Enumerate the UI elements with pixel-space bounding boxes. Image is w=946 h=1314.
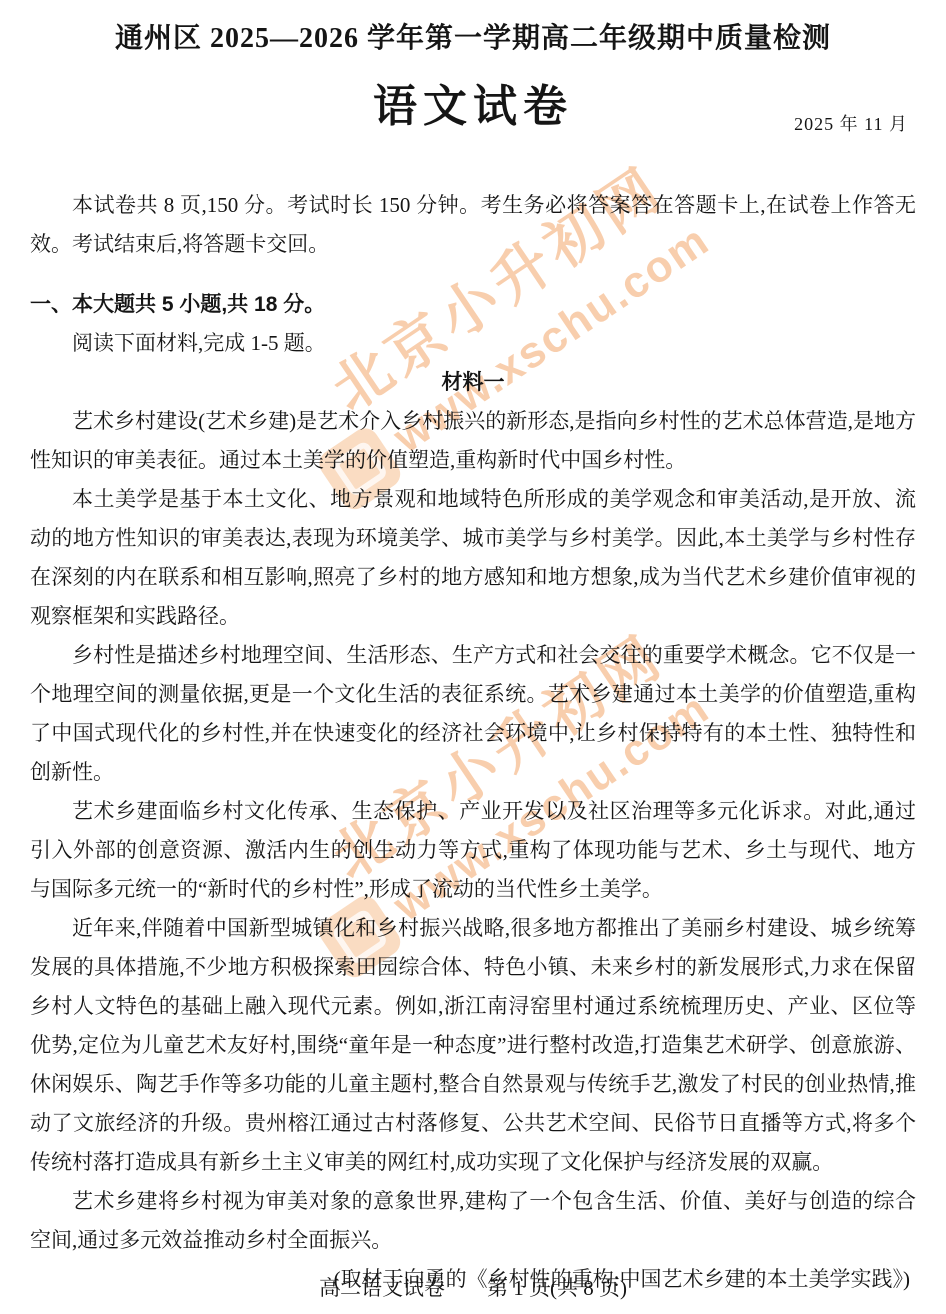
footer-paper-name: 高二语文试卷	[319, 1276, 445, 1300]
paper-date: 2025 年 11 月	[794, 110, 908, 136]
footer-page-indicator: 第 1 页(共 8 页)	[487, 1276, 627, 1300]
paper-title: 语文试卷	[30, 76, 916, 138]
exam-title: 通州区 2025—2026 学年第一学期高二年级期中质量检测	[30, 16, 916, 56]
material-one-title: 材料一	[30, 363, 916, 402]
exam-paper-page: 北京小升初网 www.xschu.com 北京小升初网 www.xschu.co…	[0, 0, 946, 1314]
material-paragraph-1: 艺术乡村建设(艺术乡建)是艺术介入乡村振兴的新形态,是指向乡村性的艺术总体营造,…	[30, 402, 916, 480]
read-prompt: 阅读下面材料,完成 1-5 题。	[30, 324, 916, 363]
paper-title-row: 语文试卷 2025 年 11 月	[30, 76, 916, 138]
material-paragraph-6: 艺术乡建将乡村视为审美对象的意象世界,建构了一个包含生活、价值、美好与创造的综合…	[30, 1182, 916, 1260]
page-footer: 高二语文试卷第 1 页(共 8 页)	[0, 1272, 946, 1302]
material-paragraph-4: 艺术乡建面临乡村文化传承、生态保护、产业开发以及社区治理等多元化诉求。对此,通过…	[30, 792, 916, 909]
exam-instructions: 本试卷共 8 页,150 分。考试时长 150 分钟。考生务必将答案答在答题卡上…	[30, 186, 916, 264]
material-paragraph-3: 乡村性是描述乡村地理空间、生活形态、生产方式和社会交往的重要学术概念。它不仅是一…	[30, 636, 916, 792]
material-one-body: 艺术乡村建设(艺术乡建)是艺术介入乡村振兴的新形态,是指向乡村性的艺术总体营造,…	[30, 402, 916, 1299]
material-paragraph-5: 近年来,伴随着中国新型城镇化和乡村振兴战略,很多地方都推出了美丽乡村建设、城乡统…	[30, 909, 916, 1182]
section-one-heading: 一、本大题共 5 小题,共 18 分。	[30, 285, 916, 324]
material-paragraph-2: 本土美学是基于本土文化、地方景观和地域特色所形成的美学观念和审美活动,是开放、流…	[30, 480, 916, 636]
